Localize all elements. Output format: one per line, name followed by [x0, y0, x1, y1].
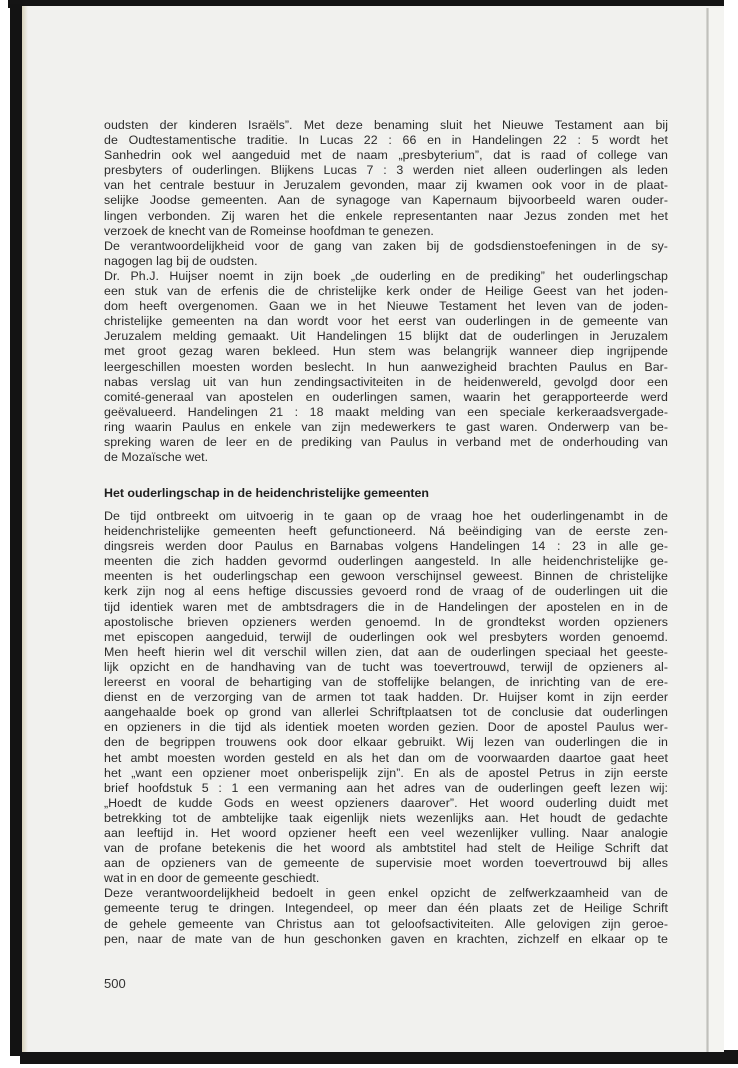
text-line: wat in en door de gemeente geschiedt. — [104, 871, 668, 886]
text-line: lijk opzicht en de handhaving van de tuc… — [104, 660, 668, 675]
text-line: lereerst en vooral de behartiging van de… — [104, 675, 668, 690]
text-line: „Hoedt de kudde Gods en weest opzieners … — [104, 796, 668, 811]
section-heading: Het ouderlingschap in de heidenchristeli… — [104, 486, 668, 501]
text-line: van het centrale bestuur in Jeruzalem ge… — [104, 178, 668, 193]
text-line: verzoek de knecht van de Romeinse hoofdm… — [104, 224, 668, 239]
text-line: het ambt moesten worden gesteld en als h… — [104, 751, 668, 766]
text-line: leergeschillen moesten worden beslecht. … — [104, 360, 668, 375]
text-line: van de profane betekenis die het woord a… — [104, 841, 668, 856]
text-line: Dr. Ph.J. Huijser noemt in zijn boek „de… — [104, 269, 668, 284]
scanned-page: oudsten der kinderen Israëls”. Met deze … — [0, 0, 738, 1068]
page-gutter — [709, 8, 724, 1052]
text-line: Men heeft hierin wel dit verschil willen… — [104, 645, 668, 660]
text-line: comité-generaal van apostelen en ouderli… — [104, 390, 668, 405]
text-line: apostolische brieven opzieners werden ge… — [104, 615, 668, 630]
paper-edge-shadow — [22, 6, 28, 1052]
text-line: meenten is het ouderlingschap een gewoon… — [104, 569, 668, 584]
text-line: de Mozaïsche wet. — [104, 450, 668, 465]
text-line: Deze verantwoordelijkheid bedoelt in gee… — [104, 886, 668, 901]
text-line: lingen verbonden. Zij waren het die enke… — [104, 209, 668, 224]
text-line: De tijd ontbreekt om uitvoerig in te gaa… — [104, 509, 668, 524]
text-line: christelijke gemeenten na dan wordt voor… — [104, 314, 668, 329]
body-text-section-2: De tijd ontbreekt om uitvoerig in te gaa… — [104, 509, 668, 947]
text-line: oudsten der kinderen Israëls”. Met deze … — [104, 118, 668, 133]
text-line: nagogen lag bij de oudsten. — [104, 254, 668, 269]
text-line: den de begrippen trouwens ook door elkaa… — [104, 735, 668, 750]
text-line: heidenchristelijke gemeenten heeft gefun… — [104, 524, 668, 539]
text-line: dom heeft overgenomen. Gaan we in het Ni… — [104, 299, 668, 314]
text-line: gemeente terug te dringen. Integendeel, … — [104, 901, 668, 916]
text-line: met episcopen aangeduid, terwijl de oude… — [104, 630, 668, 645]
text-line: het „want een opziener moet onberispelij… — [104, 766, 668, 781]
text-line: meenten die zich hadden gevormd ouderlin… — [104, 554, 668, 569]
text-line: betrekking tot de ambtelijke taak eigenl… — [104, 811, 668, 826]
text-line: aan leeftijd in. Het woord opziener heef… — [104, 826, 668, 841]
page-number: 500 — [104, 976, 126, 992]
text-line: selijke Joodse gemeenten. Aan de synagog… — [104, 193, 668, 208]
text-line: De verantwoordelijkheid voor de gang van… — [104, 239, 668, 254]
text-line: Jeruzalem melding gemaakt. Uit Handeling… — [104, 329, 668, 344]
text-line: de gehele gemeente van Christus aan tot … — [104, 917, 668, 932]
text-line: dienst en de verzorging van de armen tot… — [104, 690, 668, 705]
text-line: kerk zijn nog al eens heftige discussies… — [104, 584, 668, 599]
text-line: geëvalueerd. Handelingen 21 : 18 maakt m… — [104, 405, 668, 420]
text-line: en opzieners in die tijd als identiek mo… — [104, 720, 668, 735]
text-line: pen, naar de mate van de hun geschonken … — [104, 932, 668, 947]
text-line: een stuk van de erfenis die de christeli… — [104, 284, 668, 299]
text-line: aan de opzieners van de gemeente de supe… — [104, 856, 668, 871]
text-line: dingsreis werden door Paulus en Barnabas… — [104, 539, 668, 554]
text-line: Sanhedrin ook wel aangeduid met de naam … — [104, 148, 668, 163]
text-line: ring waarin Paulus en enkele van zijn me… — [104, 420, 668, 435]
scan-margin-right — [724, 0, 738, 1060]
text-line: tijd identiek waren met de ambtsdragers … — [104, 600, 668, 615]
text-line: nabas verslag uit van hun zendingsactivi… — [104, 375, 668, 390]
text-line: met groot gezag waren bekleed. Hun stem … — [104, 344, 668, 359]
scan-border-bottom — [20, 1050, 738, 1064]
text-line: brief hoofdstuk 5 : 1 een vermaning aan … — [104, 781, 668, 796]
body-text-section-1: oudsten der kinderen Israëls”. Met deze … — [104, 118, 668, 465]
text-line: spreking waren de leer en de prediking v… — [104, 435, 668, 450]
text-line: presbyters of ouderlingen. Blijkens Luca… — [104, 163, 668, 178]
text-line: de Oudtestamentische traditie. In Lucas … — [104, 133, 668, 148]
text-line: aangehaalde boek op grond van allerlei S… — [104, 705, 668, 720]
